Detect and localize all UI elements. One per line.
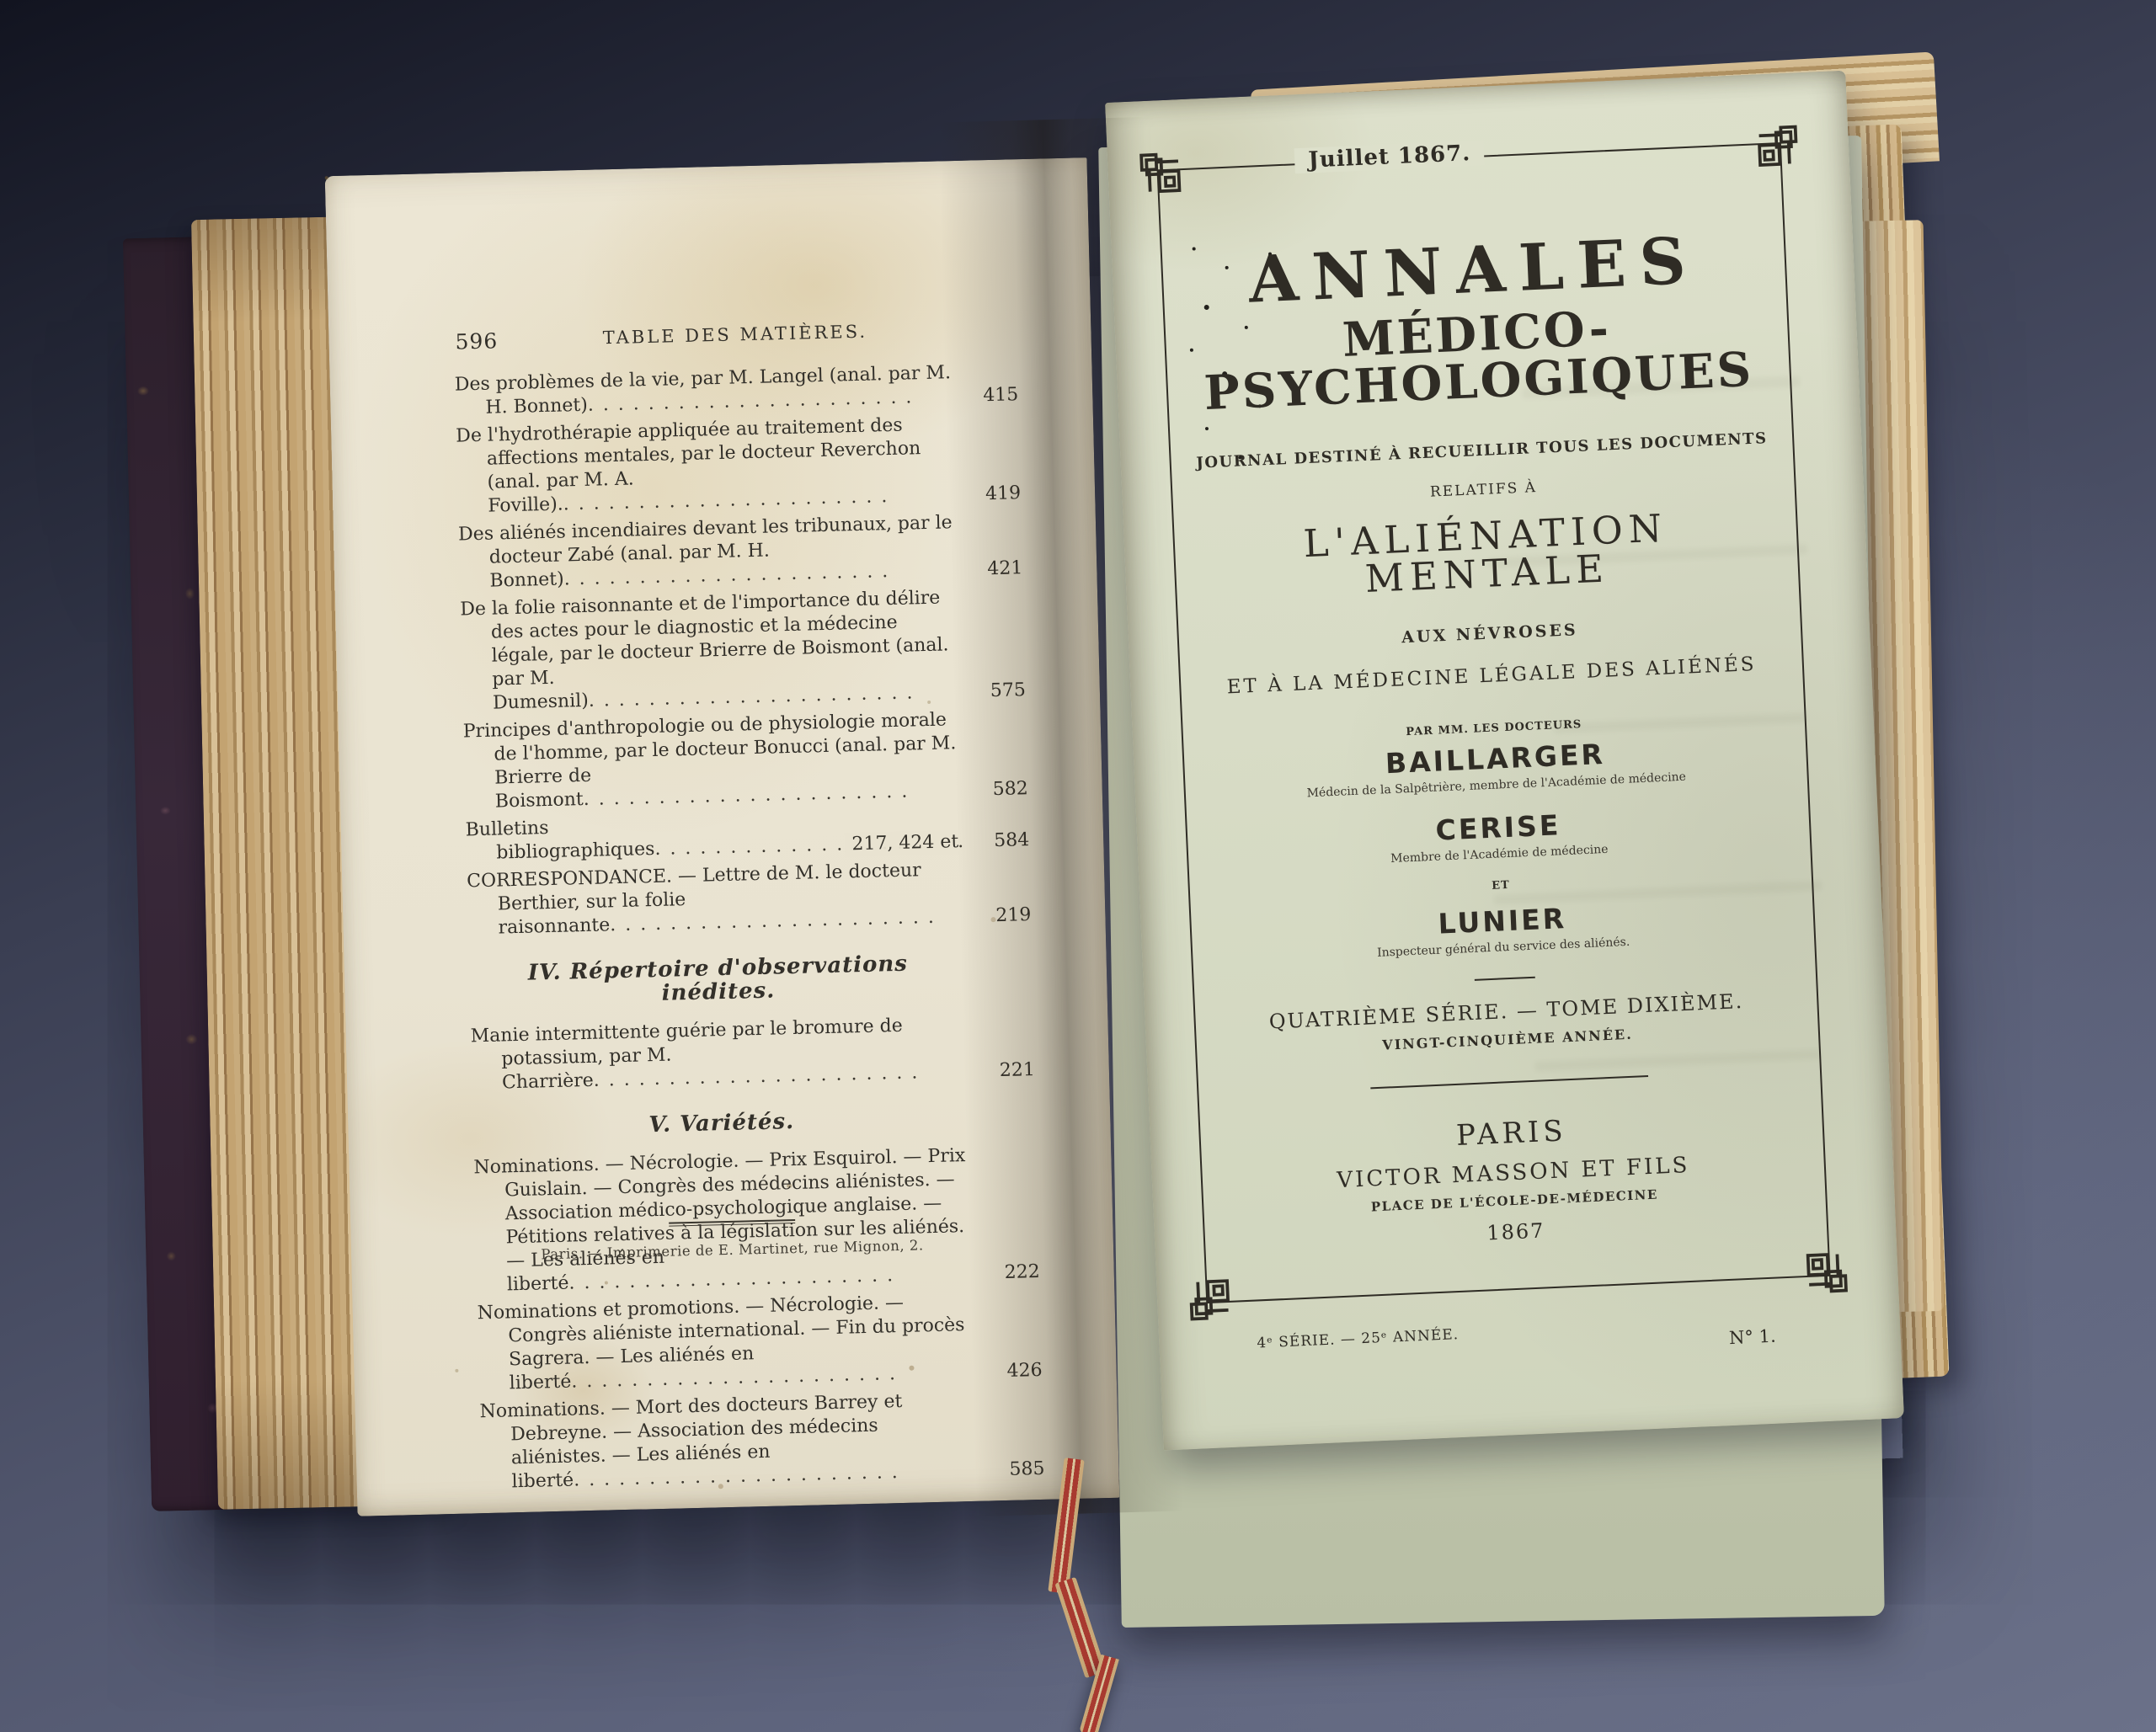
toc-entry-text: Principes d'anthropologie ou de physiolo…: [463, 709, 957, 812]
gutter-shadow: [937, 117, 1183, 1516]
toc-entry: Nominations. — Mort des docteurs Barrey …: [479, 1387, 1045, 1495]
issue-number: N° 1.: [1729, 1326, 1777, 1348]
left-page-header: 596 TABLE DES MATIÈRES.: [453, 316, 1017, 358]
series-footer: 4ᵉ SÉRIE. — 25ᵉ ANNÉE.: [1257, 1326, 1460, 1351]
section-title-repertoire: IV. Répertoire d'observations inédites.: [469, 951, 968, 1010]
toc-entry-text: Nominations et promotions. — Nécrologie.…: [477, 1292, 964, 1394]
subject-main: L'ALIÉNATION MENTALE: [1174, 504, 1798, 606]
subject-nevroses: AUX NÉVROSES: [1179, 611, 1801, 657]
toc-entry: Bulletins bibliographiques 217, 424 et 5…: [465, 805, 1029, 866]
toc-entry: Manie intermittente guérie par le bromur…: [470, 1011, 1035, 1095]
section-title-varietes: V. Variétés.: [472, 1106, 971, 1141]
subject-medecine-legale: ET À LA MÉDECINE LÉGALE DES ALIÉNÉS: [1181, 652, 1802, 701]
toc-entry-text: Bulletins bibliographiques: [465, 818, 654, 864]
toc-entry-text: Des problèmes de la vie, par M. Langel (…: [454, 362, 951, 418]
subtitle-relatifs: RELATIFS À: [1172, 468, 1794, 512]
long-rule: [1370, 1075, 1648, 1089]
toc-entry: Des aliénés incendiaires devant les trib…: [458, 509, 1023, 594]
title-page-column: ANNALES MÉDICO-PSYCHOLOGIQUES JOURNAL DE…: [1159, 144, 1829, 1302]
toc-entry: Des problèmes de la vie, par M. Langel (…: [454, 360, 1018, 420]
right-page-title-page: Juillet 1867. ANNALES MÉDICO-PSYCHOLOGIQ…: [1105, 71, 1904, 1451]
photo-backdrop: 596 TABLE DES MATIÈRES. Des problèmes de…: [0, 0, 2156, 1732]
short-rule: [1475, 977, 1535, 981]
toc-entry-text: De l'hydrothérapie appliquée au traiteme…: [456, 415, 921, 517]
toc-entry: De l'hydrothérapie appliquée au traiteme…: [456, 411, 1022, 519]
toc-entry-text: Nominations. — Mort des docteurs Barrey …: [479, 1391, 902, 1492]
ribbon-bookmark: [1046, 1463, 1172, 1732]
toc-entry-text: Manie intermittente guérie par le bromur…: [470, 1015, 903, 1094]
toc-entry-extra-pages: 217, 424 et: [845, 830, 958, 856]
journal-subtitle: JOURNAL DESTINÉ À RECUEILLIR TOUS LES DO…: [1171, 429, 1792, 473]
toc-entry: Principes d'anthropologie ou de physiolo…: [463, 706, 1029, 814]
toc-header: TABLE DES MATIÈRES.: [453, 317, 1017, 351]
toc-entry-text: CORRESPONDANCE. — Lettre de M. le docteu…: [467, 860, 921, 938]
foxing-specks: [325, 176, 328, 179]
ribbon-segment: [1048, 1458, 1084, 1594]
decorative-rule-frame: Juillet 1867. ANNALES MÉDICO-PSYCHOLOGIQ…: [1157, 142, 1831, 1303]
toc-entry-text: De la folie raisonnante et de l'importan…: [460, 588, 949, 714]
toc-entry-text: Des aliénés incendiaires devant les trib…: [458, 512, 953, 591]
toc-entry: De la folie raisonnante et de l'importan…: [460, 584, 1026, 716]
toc-entry: Nominations et promotions. — Nécrologie.…: [477, 1288, 1043, 1396]
toc-entry: CORRESPONDANCE. — Lettre de M. le docteu…: [467, 856, 1032, 941]
